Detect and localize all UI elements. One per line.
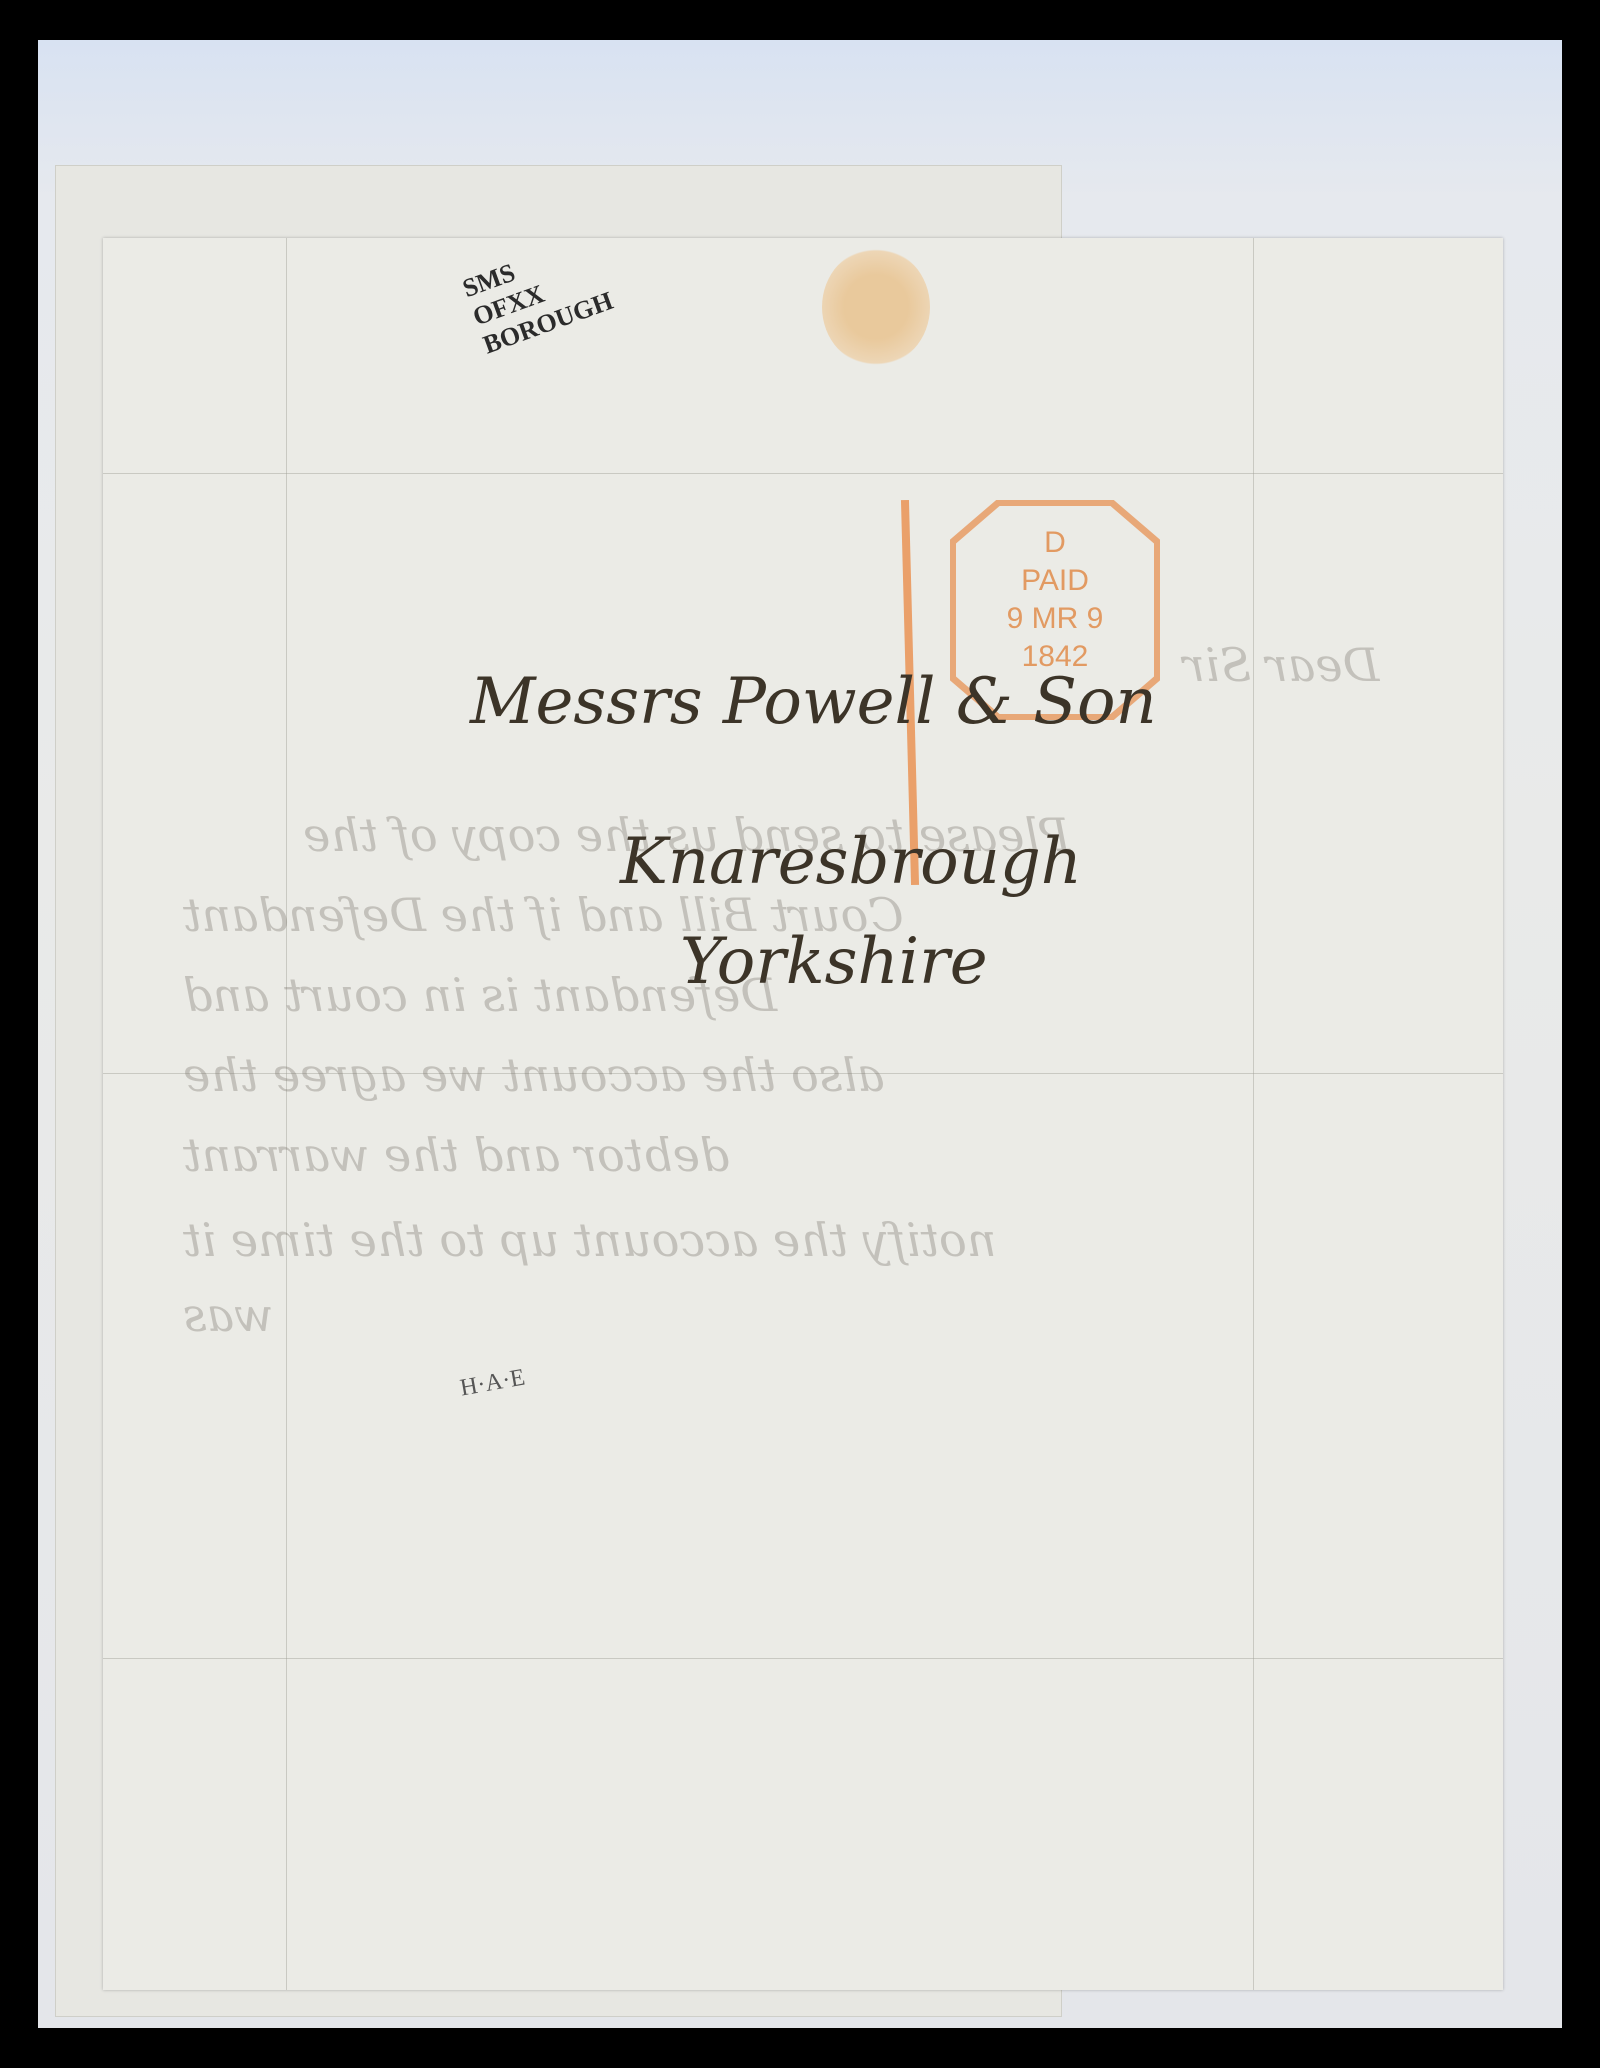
bleed-text: Dear Sir: [1183, 638, 1379, 692]
paid-date: 9 MR 9: [956, 600, 1154, 638]
folded-letter: Dear Sir Please to send us the copy of t…: [103, 238, 1503, 1990]
bleed-text: notify the account up to the time it: [183, 1213, 996, 1267]
address-line-3: Yorkshire: [680, 925, 988, 999]
bleed-text: debtor and the warrant: [183, 1128, 729, 1182]
address-line-1: Messrs Powell & Son: [470, 665, 1157, 739]
paid-word: PAID: [956, 562, 1154, 600]
address-line-2: Knaresbrough: [620, 825, 1082, 899]
bleed-text: was: [183, 1288, 273, 1342]
wax-seal: [822, 248, 930, 366]
fold-line: [103, 473, 1503, 474]
fold-line: [103, 1658, 1503, 1659]
fold-line: [286, 238, 287, 1990]
bleed-text: also the account we agree the: [183, 1048, 885, 1102]
paid-letter: D: [956, 524, 1154, 562]
fold-line: [1253, 238, 1254, 1990]
